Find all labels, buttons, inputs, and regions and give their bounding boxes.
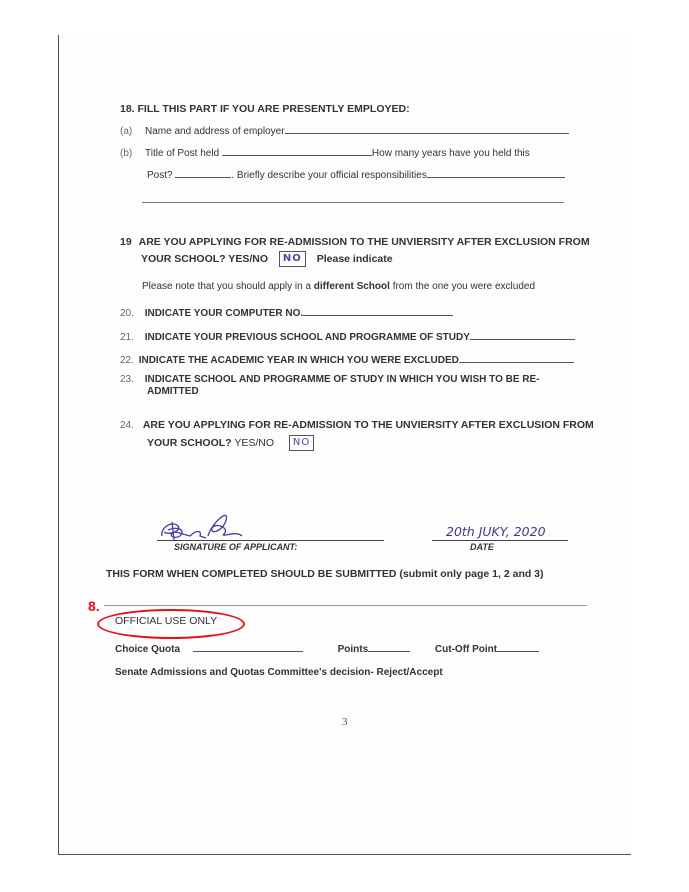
submit-note: THIS FORM WHEN COMPLETED SHOULD BE SUBMI… [106,568,544,580]
section-19-line1: 19 ARE YOU APPLYING FOR RE-ADMISSION TO … [120,236,590,248]
item-22: 22. INDICATE THE ACADEMIC YEAR IN WHICH … [120,352,574,366]
points-field[interactable] [368,641,410,652]
section-24-question: ARE YOU APPLYING FOR RE-ADMISSION TO THE… [143,419,594,431]
section-18-heading: 18. FILL THIS PART IF YOU ARE PRESENTLY … [120,103,410,115]
computer-no-field[interactable] [303,305,453,316]
section-24-line1: 24. ARE YOU APPLYING FOR RE-ADMISSION TO… [120,419,594,431]
years-field[interactable] [175,167,231,178]
please-indicate: Please indicate [317,253,393,265]
official-fields-row: Choice Quota Points Cut-Off Point [115,641,539,655]
item-20-number: 20. [120,308,134,319]
official-divider [104,605,587,606]
item-18b-label: (b) [120,148,132,159]
item-18a-label: (a) [120,126,132,137]
note-pre: Please note that you should apply in a [142,281,314,292]
points-label: Points [338,644,369,655]
item-22-number: 22. [120,355,134,366]
section-19-line2: YOUR SCHOOL? YES/NO NO Please indicate [141,251,393,267]
note-bold: different School [314,281,390,292]
years-question: How many years have you held this [372,148,530,159]
post-label: Post? [147,170,173,181]
item-18b-cont: Post? . Briefly describe your official r… [147,167,565,181]
section-24-yesno: YES/NO [232,437,274,449]
date-value[interactable]: 20th JUKY, 2020 [446,524,546,539]
cutoff-field[interactable] [497,641,539,652]
section-19-yesno: YOUR SCHOOL? YES/NO [141,253,268,265]
annotation-number: 8. [88,598,100,614]
date-caption: DATE [470,542,494,552]
item-23: 23. INDICATE SCHOOL AND PROGRAMME OF STU… [120,374,540,385]
section-19-note: Please note that you should apply in a d… [142,281,535,292]
item-21-number: 21. [120,332,134,343]
item-20: 20. INDICATE YOUR COMPUTER NO. [120,305,453,319]
item-18a-text: Name and address of employer [145,126,285,137]
employer-field[interactable] [285,123,569,134]
section-19-number: 19 [120,236,132,248]
section-24-answer-box[interactable]: NO [289,435,314,451]
section-24-school: YOUR SCHOOL? [147,437,232,449]
page-number: 3 [342,716,348,728]
responsibilities-line[interactable] [142,202,564,203]
previous-school-field[interactable] [470,329,575,340]
item-23-text-cont: ADMITTED [147,386,199,397]
item-21-text: INDICATE YOUR PREVIOUS SCHOOL AND PROGRA… [145,332,470,343]
item-18b-text: Title of Post held [145,148,219,159]
signature-caption: SIGNATURE OF APPLICANT: [174,542,297,552]
note-post: from the one you were excluded [390,281,535,292]
section-24-number: 24. [120,420,134,431]
item-23-number: 23. [120,374,134,385]
responsibilities-label: . Briefly describe your official respons… [231,170,426,181]
choice-quota-field[interactable] [193,641,303,652]
item-20-text: INDICATE YOUR COMPUTER NO. [145,308,304,319]
item-22-text: INDICATE THE ACADEMIC YEAR IN WHICH YOU … [139,355,459,366]
section-19-answer-box[interactable]: NO [279,251,306,267]
signature-line[interactable] [157,540,384,541]
item-23-text: INDICATE SCHOOL AND PROGRAMME OF STUDY I… [145,374,540,385]
post-title-field[interactable] [222,145,372,156]
academic-year-field[interactable] [459,352,574,363]
section-19-question: ARE YOU APPLYING FOR RE-ADMISSION TO THE… [139,236,590,248]
section-24-line2: YOUR SCHOOL? YES/NO NO [147,435,314,451]
signature-scribble-icon [150,500,250,544]
official-use-heading: OFFICIAL USE ONLY [115,615,217,627]
item-18a: (a) Name and address of employer [120,123,569,137]
choice-quota-label: Choice Quota [115,644,180,655]
committee-decision: Senate Admissions and Quotas Committee's… [115,667,443,678]
date-line[interactable] [432,540,568,541]
responsibilities-field[interactable] [427,167,565,178]
item-21: 21. INDICATE YOUR PREVIOUS SCHOOL AND PR… [120,329,575,343]
item-18b: (b) Title of Post held How many years ha… [120,145,530,159]
cutoff-label: Cut-Off Point [435,644,497,655]
